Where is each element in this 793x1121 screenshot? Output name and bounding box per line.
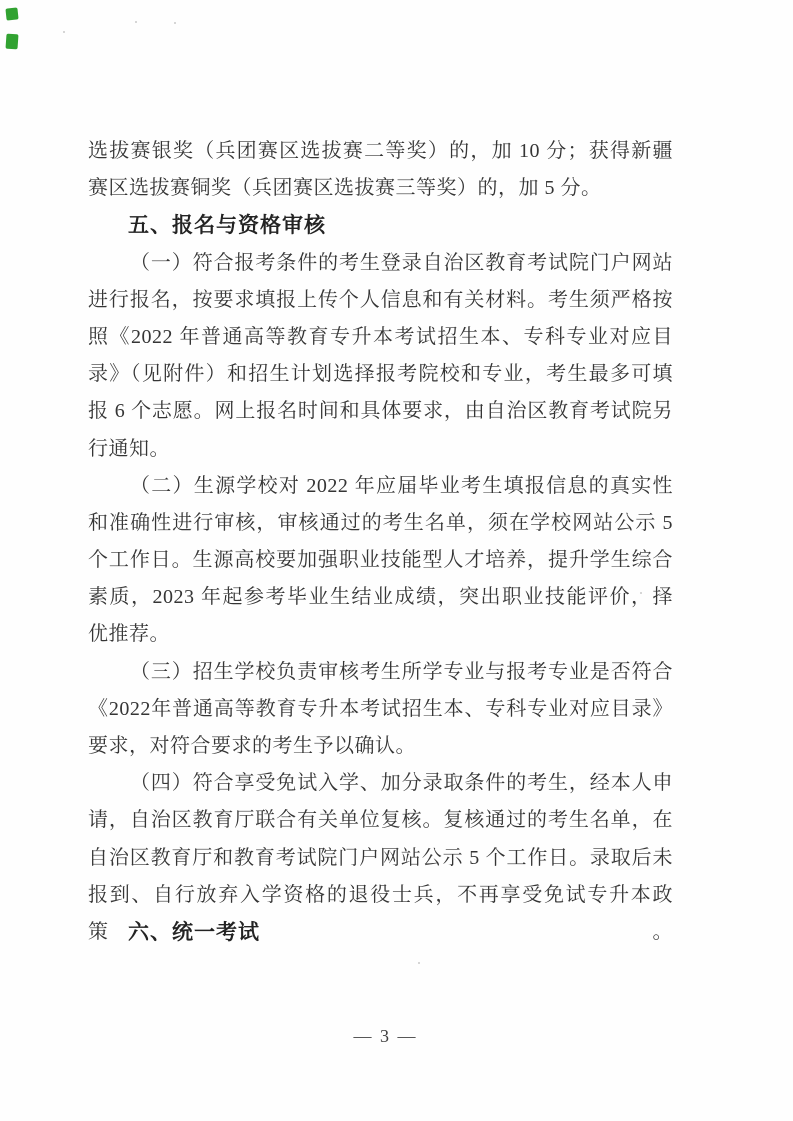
section-heading-line: 五、报名与资格审核 — [88, 207, 673, 244]
body-text-line: 录》（见附件）和招生计划选择报考院校和专业，考生最多可填 — [88, 356, 673, 393]
green-corner-mark — [5, 34, 18, 50]
body-text-line: （一）符合报考条件的考生登录自治区教育考试院门户网站 — [88, 245, 673, 282]
body-text-line: 个工作日。生源高校要加强职业技能型人才培养，提升学生综合 — [88, 542, 673, 579]
body-text-line: （二）生源学校对 2022 年应届毕业考生填报信息的真实性 — [88, 468, 673, 505]
body-text-line: （四）符合享受免试入学、加分录取条件的考生，经本人申 — [88, 765, 673, 802]
body-text-line: （三）招生学校负责审核考生所学专业与报考专业是否符合 — [88, 654, 673, 691]
body-text-line: 自治区教育厅和教育考试院门户网站公示 5 个工作日。录取后未 — [88, 840, 673, 877]
body-text-line: 赛区选拔赛铜奖（兵团赛区选拔赛三等奖）的，加 5 分。 — [88, 170, 673, 207]
page-number: — 3 — — [0, 1026, 771, 1047]
scan-speck — [174, 22, 176, 24]
body-text-line: 行通知。 — [88, 431, 673, 468]
document-text-block: 选拔赛银奖（兵团赛区选拔赛二等奖）的，加 10 分；获得新疆赛区选拔赛铜奖（兵团… — [88, 133, 673, 951]
body-text-line: 请，自治区教育厅联合有关单位复核。复核通过的考生名单，在 — [88, 802, 673, 839]
scan-speck — [135, 21, 137, 23]
body-text-line: 要求，对符合要求的考生予以确认。 — [88, 728, 673, 765]
document-page: 选拔赛银奖（兵团赛区选拔赛二等奖）的，加 10 分；获得新疆赛区选拔赛铜奖（兵团… — [0, 0, 793, 1121]
body-text-line: 报 6 个志愿。网上报名时间和具体要求，由自治区教育考试院另 — [88, 393, 673, 430]
green-corner-mark — [5, 7, 18, 20]
body-text-line: 《2022年普通高等教育专升本考试招生本、专科专业对应目录》 — [88, 691, 673, 728]
body-text-line: 选拔赛银奖（兵团赛区选拔赛二等奖）的，加 10 分；获得新疆 — [88, 133, 673, 170]
scan-speck — [418, 962, 420, 964]
body-text-line: 和准确性进行审核，审核通过的考生名单，须在学校网站公示 5 — [88, 505, 673, 542]
body-text-line: 优推荐。 — [88, 616, 673, 653]
scan-speck — [63, 31, 65, 33]
body-text-line: 素质，2023 年起参考毕业生结业成绩，突出职业技能评价，择 — [88, 579, 673, 616]
body-text-line: 报到、自行放弃入学资格的退役士兵，不再享受免试专升本政策。 — [88, 877, 673, 914]
body-text-line: 进行报名，按要求填报上传个人信息和有关材料。考生须严格按 — [88, 282, 673, 319]
body-text-line: 照《2022 年普通高等教育专升本考试招生本、专科专业对应目 — [88, 319, 673, 356]
